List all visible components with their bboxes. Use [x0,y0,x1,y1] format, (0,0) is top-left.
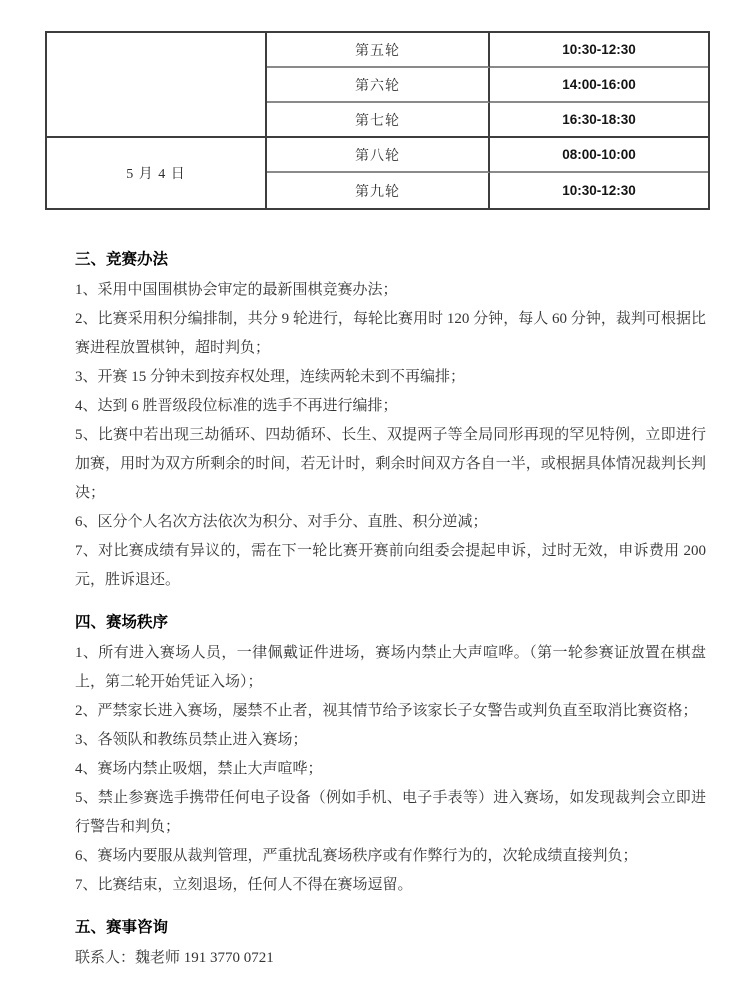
rule-item: 3、开赛 15 分钟未到按弃权处理，连续两轮未到不再编排； [75,363,706,392]
rule-item: 6、赛场内要服从裁判管理，严重扰乱赛场秩序或有作弊行为的，次轮成绩直接判负； [75,842,706,871]
round-cell: 第八轮 [267,138,490,173]
section-heading-venue-order: 四、赛场秩序 [75,608,706,637]
time-cell: 10:30-12:30 [490,173,708,208]
rule-item: 6、区分个人名次方法依次为积分、对手分、直胜、积分逆减； [75,508,706,537]
schedule-table: 第五轮 10:30-12:30 第六轮 14:00-16:00 第七轮 16:3… [45,31,710,210]
table-row: 第五轮 10:30-12:30 [47,33,708,68]
document-body: 三、竞赛办法 1、采用中国围棋协会审定的最新围棋竞赛办法； 2、比赛采用积分编排… [75,245,706,973]
rule-item: 5、禁止参赛选手携带任何电子设备（例如手机、电子手表等）进入赛场，如发现裁判会立… [75,784,706,842]
date-cell [47,33,267,138]
rule-item: 2、严禁家长进入赛场，屡禁不止者，视其情节给予该家长子女警告或判负直至取消比赛资… [75,697,706,726]
round-cell: 第七轮 [267,103,490,138]
round-cell: 第九轮 [267,173,490,208]
round-cell: 第六轮 [267,68,490,103]
rule-item: 1、所有进入赛场人员，一律佩戴证件进场，赛场内禁止大声喧哗。（第一轮参赛证放置在… [75,639,706,697]
rule-item: 2、比赛采用积分编排制，共分 9 轮进行，每轮比赛用时 120 分钟，每人 60… [75,305,706,363]
rule-item: 4、达到 6 胜晋级段位标准的选手不再进行编排； [75,392,706,421]
section-heading-competition-methods: 三、竞赛办法 [75,245,706,274]
time-cell: 10:30-12:30 [490,33,708,68]
contact-line: 联系人：魏老师 191 3770 0721 [75,944,706,973]
time-cell: 16:30-18:30 [490,103,708,138]
rule-item: 3、各领队和教练员禁止进入赛场； [75,726,706,755]
document-page: 第五轮 10:30-12:30 第六轮 14:00-16:00 第七轮 16:3… [0,0,743,991]
table-row: 5 月 4 日 第八轮 08:00-10:00 [47,138,708,173]
rule-item: 4、赛场内禁止吸烟，禁止大声喧哗； [75,755,706,784]
time-cell: 14:00-16:00 [490,68,708,103]
rule-item: 1、采用中国围棋协会审定的最新围棋竞赛办法； [75,276,706,305]
date-cell: 5 月 4 日 [47,138,267,208]
time-cell: 08:00-10:00 [490,138,708,173]
round-cell: 第五轮 [267,33,490,68]
rule-item: 5、比赛中若出现三劫循环、四劫循环、长生、双提两子等全局同形再现的罕见特例，立即… [75,421,706,508]
section-heading-event-contact: 五、赛事咨询 [75,913,706,942]
rule-item: 7、比赛结束，立刻退场，任何人不得在赛场逗留。 [75,871,706,900]
rule-item: 7、对比赛成绩有异议的，需在下一轮比赛开赛前向组委会提起申诉，过时无效，申诉费用… [75,537,706,595]
